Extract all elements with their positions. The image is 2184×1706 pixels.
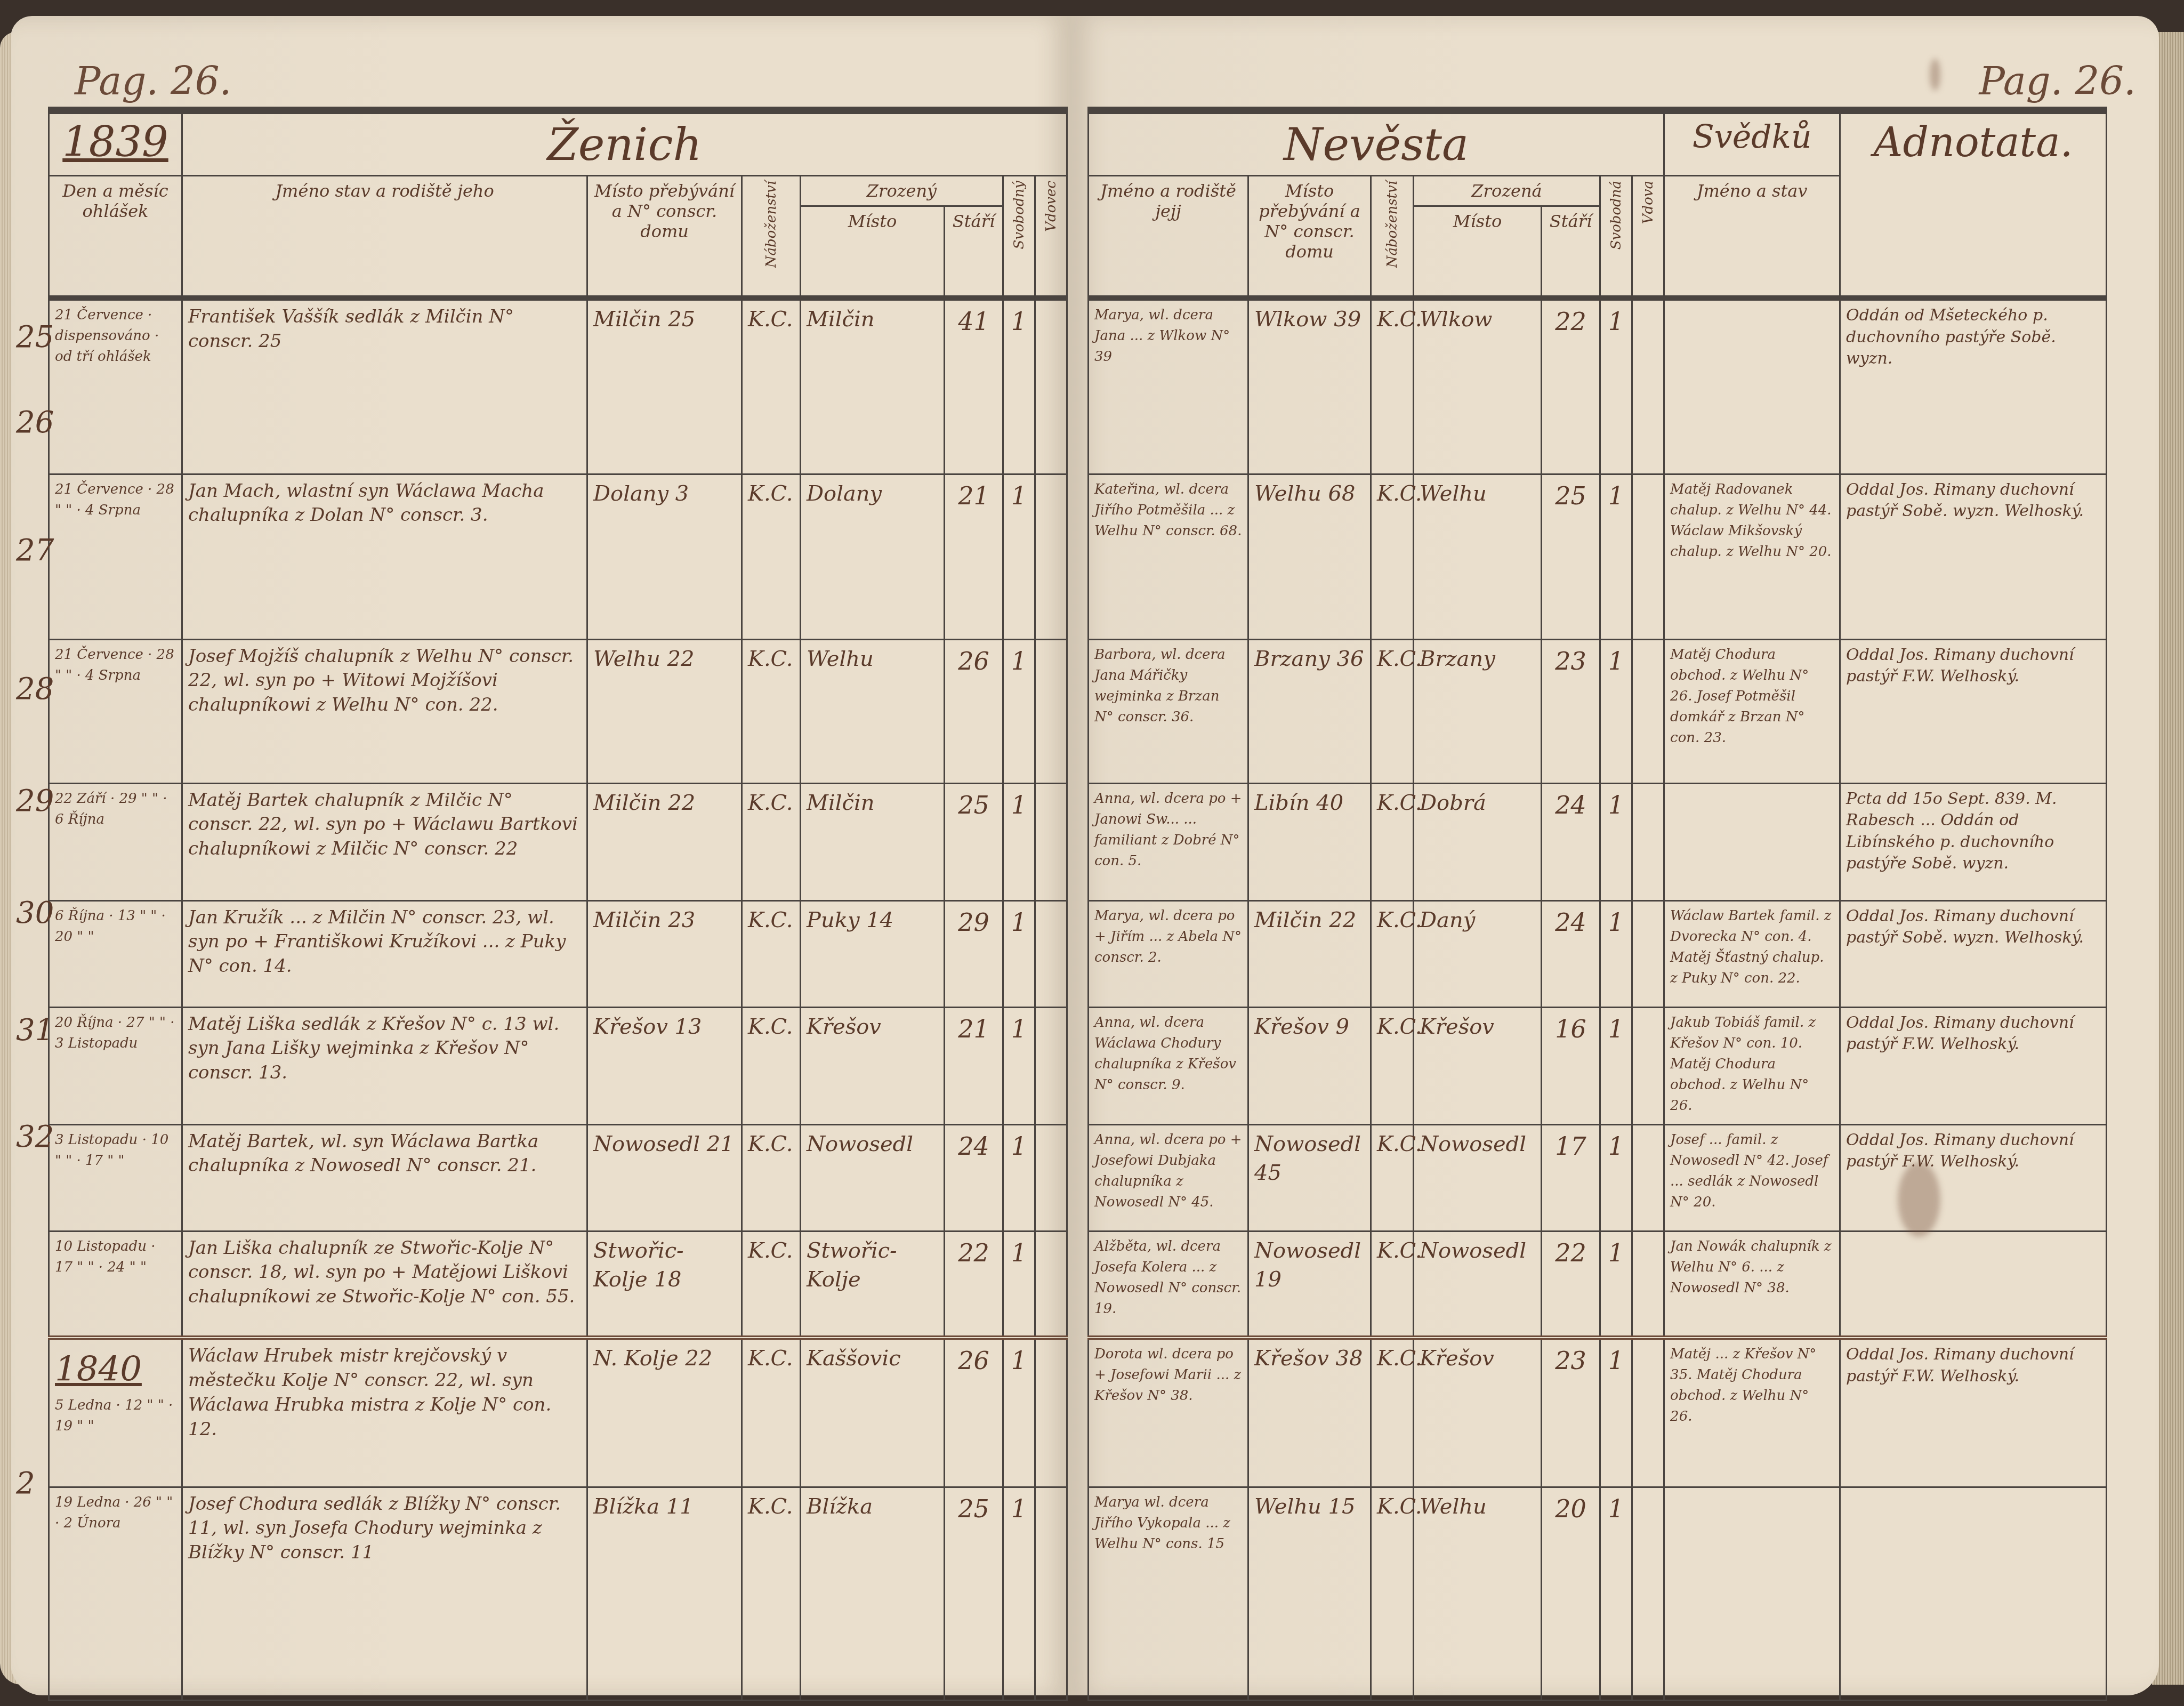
entry-number: 30	[16, 896, 54, 930]
notes: Oddal Jos. Rimany duchovní pastýř F.W. W…	[1840, 1007, 2107, 1124]
bride-residence: Welhu 15	[1248, 1487, 1371, 1700]
bride-name: Marya, wl. dcera po + Jiřím ... z Abela …	[1089, 900, 1248, 1007]
groom-born: Kaššovic	[801, 1338, 945, 1487]
groom-born: Dolany	[801, 474, 945, 639]
groom-age: 21	[945, 1007, 1003, 1124]
bride-religion: K.C.	[1371, 1231, 1414, 1338]
bride-name: Anna, wl. dcera Wáclawa Chodury chalupní…	[1089, 1007, 1248, 1124]
entry-dates: 20 Října · 27 " " · 3 Listopadu	[49, 1007, 182, 1124]
groom-religion: K.C.	[742, 639, 801, 783]
bride-residence: Milčin 22	[1248, 900, 1371, 1007]
groom-age: 29	[945, 900, 1003, 1007]
bride-age: 16	[1542, 1007, 1600, 1124]
entry-number: 31	[16, 1013, 54, 1048]
groom-residence: Milčin 23	[587, 900, 742, 1007]
table-row: Anna, wl. dcera po + Josefowi Dubjaka ch…	[1089, 1124, 2107, 1231]
bride-residence: Nowosedl 19	[1248, 1231, 1371, 1338]
entry-number: 29	[16, 784, 54, 818]
groom-religion: K.C.	[742, 298, 801, 474]
bride-name: Anna, wl. dcera po + Janowi Sw... ... fa…	[1089, 783, 1248, 900]
groom-religion: K.C.	[742, 1487, 801, 1700]
bride-single: 1	[1600, 298, 1632, 474]
table-row: 21 Července · 28 " " · 4 Srpna Josef Moj…	[49, 639, 1067, 783]
bride-single: 1	[1600, 474, 1632, 639]
groom-register-table: 1839 Ženich Den a měsíc ohlášek Jméno st…	[48, 107, 1068, 1701]
col-header-witness: Jméno a stav	[1664, 176, 1840, 299]
bride-age: 25	[1542, 474, 1600, 639]
groom-residence: Křešov 13	[587, 1007, 742, 1124]
witnesses: Matěj Radovanek chalup. z Welhu N° 44. W…	[1664, 474, 1840, 639]
table-row: Marya, wl. dcera Jana ... z Wlkow N° 39 …	[1089, 298, 2107, 474]
groom-born: Stwořic-Kolje	[801, 1231, 945, 1338]
bride-widow	[1632, 298, 1664, 474]
entry-dates: 22 Září · 29 " " · 6 Října	[49, 783, 182, 900]
groom-age: 26	[945, 639, 1003, 783]
groom-single: 1	[1003, 1231, 1035, 1338]
bride-age: 23	[1542, 639, 1600, 783]
bride-age: 24	[1542, 900, 1600, 1007]
groom-name: Wáclaw Hrubek mistr krejčovský v městečk…	[182, 1338, 587, 1487]
bride-residence: Libín 40	[1248, 783, 1371, 900]
groom-single: 1	[1003, 900, 1035, 1007]
table-row: Alžběta, wl. dcera Josefa Kolera ... z N…	[1089, 1231, 2107, 1338]
groom-born: Milčin	[801, 298, 945, 474]
groom-religion: K.C.	[742, 900, 801, 1007]
entry-dates: 3 Listopadu · 10 " " · 17 " "	[49, 1124, 182, 1231]
notes: Oddal Jos. Rimany duchovní pastýř Sobě. …	[1840, 900, 2107, 1007]
bride-single: 1	[1600, 1487, 1632, 1700]
col-header-born-place: Místo	[801, 206, 945, 299]
bride-born: Wlkow	[1414, 298, 1542, 474]
bride-residence: Wlkow 39	[1248, 298, 1371, 474]
bride-religion: K.C.	[1371, 639, 1414, 783]
groom-born: Welhu	[801, 639, 945, 783]
bride-born: Brzany	[1414, 639, 1542, 783]
bride-residence: Nowosedl 45	[1248, 1124, 1371, 1231]
bride-name: Anna, wl. dcera po + Josefowi Dubjaka ch…	[1089, 1124, 1248, 1231]
col-header-religion: Náboženství	[742, 176, 801, 299]
bride-age: 24	[1542, 783, 1600, 900]
notes	[1840, 1231, 2107, 1338]
col-header-bride-name: Jméno a rodiště jejj	[1089, 176, 1248, 299]
col-header-single: Svobodná	[1600, 176, 1632, 299]
table-row: 21 Července · dispensováno · od tří ohlá…	[49, 298, 1067, 474]
bride-single: 1	[1600, 783, 1632, 900]
groom-residence: Stwořic-Kolje 18	[587, 1231, 742, 1338]
bride-single: 1	[1600, 1338, 1632, 1487]
groom-widower	[1035, 1338, 1067, 1487]
entry-number: 28	[16, 672, 54, 706]
groom-name: Josef Mojžíš chalupník z Welhu N° conscr…	[182, 639, 587, 783]
entry-dates: 6 Října · 13 " " · 20 " "	[49, 900, 182, 1007]
entry-number: 27	[16, 533, 54, 568]
bride-born: Nowosedl	[1414, 1231, 1542, 1338]
bride-name: Alžběta, wl. dcera Josefa Kolera ... z N…	[1089, 1231, 1248, 1338]
entry-dates: 10 Listopadu · 17 " " · 24 " "	[49, 1231, 182, 1338]
table-row: 21 Července · 28 " " · 4 Srpna Jan Mach,…	[49, 474, 1067, 639]
col-header-born-group: Zrozený	[801, 176, 1003, 206]
groom-name: Matěj Liška sedlák z Křešov N° c. 13 wl.…	[182, 1007, 587, 1124]
groom-single: 1	[1003, 1487, 1035, 1700]
entry-dates: 21 Července · 28 " " · 4 Srpna	[49, 474, 182, 639]
groom-single: 1	[1003, 1338, 1035, 1487]
ink-stain	[1930, 59, 1940, 91]
witnesses: Wáclaw Bartek famil. z Dvorecka N° con. …	[1664, 900, 1840, 1007]
groom-age: 25	[945, 783, 1003, 900]
table-row: Marya, wl. dcera po + Jiřím ... z Abela …	[1089, 900, 2107, 1007]
groom-religion: K.C.	[742, 1007, 801, 1124]
bride-name: Marya wl. dcera Jiřího Vykopala ... z We…	[1089, 1487, 1248, 1700]
bride-born: Daný	[1414, 900, 1542, 1007]
entry-number: 32	[16, 1120, 54, 1154]
groom-name: Jan Mach, wlastní syn Wáclawa Macha chal…	[182, 474, 587, 639]
bride-religion: K.C.	[1371, 298, 1414, 474]
bride-name: Kateřina, wl. dcera Jiřího Potměšila ...…	[1089, 474, 1248, 639]
groom-residence: Nowosedl 21	[587, 1124, 742, 1231]
table-row: 22 Září · 29 " " · 6 Října Matěj Bartek …	[49, 783, 1067, 900]
groom-single: 1	[1003, 298, 1035, 474]
groom-born: Blížka	[801, 1487, 945, 1700]
groom-name: Matěj Bartek chalupník z Milčic N° consc…	[182, 783, 587, 900]
bride-single: 1	[1600, 1231, 1632, 1338]
bride-religion: K.C.	[1371, 1338, 1414, 1487]
table-row: Marya wl. dcera Jiřího Vykopala ... z We…	[1089, 1487, 2107, 1700]
groom-born: Nowosedl	[801, 1124, 945, 1231]
witnesses: Jakub Tobiáš famil. z Křešov N° con. 10.…	[1664, 1007, 1840, 1124]
groom-widower	[1035, 783, 1067, 900]
year-1840-label: 1840	[55, 1344, 176, 1395]
col-header-born-group: Zrozená	[1414, 176, 1600, 206]
entry-dates: 5 Ledna · 12 " " · 19 " "	[55, 1395, 176, 1437]
witnesses	[1664, 783, 1840, 900]
bride-widow	[1632, 1124, 1664, 1231]
bride-born: Welhu	[1414, 1487, 1542, 1700]
groom-religion: K.C.	[742, 783, 801, 900]
col-header-widower: Vdovec	[1035, 176, 1067, 299]
groom-age: 25	[945, 1487, 1003, 1700]
bride-widow	[1632, 474, 1664, 639]
year-header: 1839	[49, 110, 182, 176]
groom-residence: N. Kolje 22	[587, 1338, 742, 1487]
bride-name: Marya, wl. dcera Jana ... z Wlkow N° 39	[1089, 298, 1248, 474]
groom-born: Puky 14	[801, 900, 945, 1007]
groom-name: Matěj Bartek, wl. syn Wáclawa Bartka cha…	[182, 1124, 587, 1231]
groom-single: 1	[1003, 474, 1035, 639]
col-header-date: Den a měsíc ohlášek	[49, 176, 182, 299]
groom-born: Křešov	[801, 1007, 945, 1124]
col-header-age: Stáří	[945, 206, 1003, 299]
bride-widow	[1632, 1007, 1664, 1124]
page-number-right: Pag. 26.	[1979, 59, 2136, 103]
bride-residence: Welhu 68	[1248, 474, 1371, 639]
bride-religion: K.C.	[1371, 474, 1414, 639]
groom-single: 1	[1003, 1007, 1035, 1124]
bride-residence: Křešov 9	[1248, 1007, 1371, 1124]
table-row: 3 Listopadu · 10 " " · 17 " " Matěj Bart…	[49, 1124, 1067, 1231]
groom-single: 1	[1003, 783, 1035, 900]
entry-dates: 21 Července · dispensováno · od tří ohlá…	[49, 298, 182, 474]
groom-age: 24	[945, 1124, 1003, 1231]
col-header-widow: Vdova	[1632, 176, 1664, 299]
groom-name: Jan Liška chalupník ze Stwořic-Kolje N° …	[182, 1231, 587, 1338]
notes: Oddal Jos. Rimany duchovní pastýř F.W. W…	[1840, 1338, 2107, 1487]
witnesses: Jan Nowák chalupník z Welhu N° 6. ... z …	[1664, 1231, 1840, 1338]
witnesses-group-header: Svědků	[1664, 110, 1840, 176]
groom-name: Josef Chodura sedlák z Blížky N° conscr.…	[182, 1487, 587, 1700]
groom-widower	[1035, 639, 1067, 783]
col-header-groom-name: Jméno stav a rodiště jeho	[182, 176, 587, 299]
groom-name: František Vaššík sedlák z Milčin N° cons…	[182, 298, 587, 474]
entry-number: 26	[16, 405, 54, 440]
bride-single: 1	[1600, 1124, 1632, 1231]
notes: Oddán od Mšeteckého p. duchovního pastýř…	[1840, 298, 2107, 474]
groom-religion: K.C.	[742, 1338, 801, 1487]
bride-age: 22	[1542, 1231, 1600, 1338]
col-header-single: Svobodný	[1003, 176, 1035, 299]
entry-dates-1840: 18405 Ledna · 12 " " · 19 " "	[49, 1338, 182, 1487]
witnesses: Matěj Chodura obchod. z Welhu N° 26. Jos…	[1664, 639, 1840, 783]
table-row: Kateřina, wl. dcera Jiřího Potměšila ...…	[1089, 474, 2107, 639]
groom-age: 41	[945, 298, 1003, 474]
bride-widow	[1632, 900, 1664, 1007]
table-row: Barbora, wl. dcera Jana Mářičky wejminka…	[1089, 639, 2107, 783]
groom-residence: Welhu 22	[587, 639, 742, 783]
bride-age: 22	[1542, 298, 1600, 474]
bride-single: 1	[1600, 900, 1632, 1007]
bride-single: 1	[1600, 1007, 1632, 1124]
groom-single: 1	[1003, 639, 1035, 783]
entry-number: 25	[16, 320, 54, 355]
ink-stain	[1898, 1162, 1940, 1237]
bride-age: 17	[1542, 1124, 1600, 1231]
bride-religion: K.C.	[1371, 1007, 1414, 1124]
bride-widow	[1632, 1487, 1664, 1700]
entry-number: 2	[16, 1466, 35, 1501]
bride-born: Křešov	[1414, 1338, 1542, 1487]
entry-dates: 21 Července · 28 " " · 4 Srpna	[49, 639, 182, 783]
notes: Oddal Jos. Rimany duchovní pastýř F.W. W…	[1840, 1124, 2107, 1231]
bride-residence: Křešov 38	[1248, 1338, 1371, 1487]
bride-age: 20	[1542, 1487, 1600, 1700]
entry-dates: 19 Ledna · 26 " " · 2 Února	[49, 1487, 182, 1700]
groom-residence: Milčin 25	[587, 298, 742, 474]
witnesses	[1664, 298, 1840, 474]
groom-religion: K.C.	[742, 1124, 801, 1231]
page-number-left: Pag. 26.	[75, 59, 232, 103]
groom-widower	[1035, 1007, 1067, 1124]
bride-widow	[1632, 783, 1664, 900]
groom-group-header: Ženich	[182, 110, 1067, 176]
groom-religion: K.C.	[742, 1231, 801, 1338]
table-row: Dorota wl. dcera po + Josefowi Marii ...…	[1089, 1338, 2107, 1487]
bride-register-table: Nevěsta Svědků Adnotata. Jméno a rodiště…	[1087, 107, 2107, 1701]
col-header-age: Stáří	[1542, 206, 1600, 299]
table-row: 18405 Ledna · 12 " " · 19 " " Wáclaw Hru…	[49, 1338, 1067, 1487]
groom-widower	[1035, 1487, 1067, 1700]
bride-religion: K.C.	[1371, 900, 1414, 1007]
groom-single: 1	[1003, 1124, 1035, 1231]
bride-religion: K.C.	[1371, 1124, 1414, 1231]
notes: Oddal Jos. Rimany duchovní pastýř F.W. W…	[1840, 639, 2107, 783]
groom-religion: K.C.	[742, 474, 801, 639]
table-row: 10 Listopadu · 17 " " · 24 " " Jan Liška…	[49, 1231, 1067, 1338]
groom-residence: Blížka 11	[587, 1487, 742, 1700]
groom-age: 26	[945, 1338, 1003, 1487]
groom-widower	[1035, 474, 1067, 639]
bride-born: Dobrá	[1414, 783, 1542, 900]
bride-residence: Brzany 36	[1248, 639, 1371, 783]
table-row: 19 Ledna · 26 " " · 2 Února Josef Chodur…	[49, 1487, 1067, 1700]
bride-group-header: Nevěsta	[1089, 110, 1664, 176]
col-header-residence: Místo přebývání a N° conscr. domu	[587, 176, 742, 299]
bride-born: Welhu	[1414, 474, 1542, 639]
bride-name: Barbora, wl. dcera Jana Mářičky wejminka…	[1089, 639, 1248, 783]
bride-widow	[1632, 1338, 1664, 1487]
groom-name: Jan Kružík ... z Milčin N° conscr. 23, w…	[182, 900, 587, 1007]
table-row: Anna, wl. dcera po + Janowi Sw... ... fa…	[1089, 783, 2107, 900]
groom-residence: Dolany 3	[587, 474, 742, 639]
witnesses: Matěj ... z Křešov N° 35. Matěj Chodura …	[1664, 1338, 1840, 1487]
groom-widower	[1035, 298, 1067, 474]
col-header-religion: Náboženství	[1371, 176, 1414, 299]
groom-widower	[1035, 900, 1067, 1007]
groom-widower	[1035, 1231, 1067, 1338]
bride-religion: K.C.	[1371, 1487, 1414, 1700]
notes-header: Adnotata.	[1840, 110, 2107, 298]
bride-born: Nowosedl	[1414, 1124, 1542, 1231]
notes: Pcta dd 15o Sept. 839. M. Rabesch ... Od…	[1840, 783, 2107, 900]
bride-religion: K.C.	[1371, 783, 1414, 900]
bride-widow	[1632, 639, 1664, 783]
bride-single: 1	[1600, 639, 1632, 783]
groom-residence: Milčin 22	[587, 783, 742, 900]
groom-born: Milčin	[801, 783, 945, 900]
notes: Oddal Jos. Rimany duchovní pastýř Sobě. …	[1840, 474, 2107, 639]
table-row: Anna, wl. dcera Wáclawa Chodury chalupní…	[1089, 1007, 2107, 1124]
col-header-residence: Místo přebývání a N° conscr. domu	[1248, 176, 1371, 299]
groom-age: 22	[945, 1231, 1003, 1338]
table-row: 20 Října · 27 " " · 3 Listopadu Matěj Li…	[49, 1007, 1067, 1124]
bride-widow	[1632, 1231, 1664, 1338]
groom-widower	[1035, 1124, 1067, 1231]
groom-age: 21	[945, 474, 1003, 639]
notes	[1840, 1487, 2107, 1700]
bride-age: 23	[1542, 1338, 1600, 1487]
col-header-born-place: Místo	[1414, 206, 1542, 299]
witnesses	[1664, 1487, 1840, 1700]
book-spread: Pag. 26. Pag. 26. 1839 Ženich Den a měsí…	[0, 0, 2184, 1706]
table-row: 6 Října · 13 " " · 20 " " Jan Kružík ...…	[49, 900, 1067, 1007]
witnesses: Josef ... famil. z Nowosedl N° 42. Josef…	[1664, 1124, 1840, 1231]
bride-name: Dorota wl. dcera po + Josefowi Marii ...…	[1089, 1338, 1248, 1487]
bride-born: Křešov	[1414, 1007, 1542, 1124]
